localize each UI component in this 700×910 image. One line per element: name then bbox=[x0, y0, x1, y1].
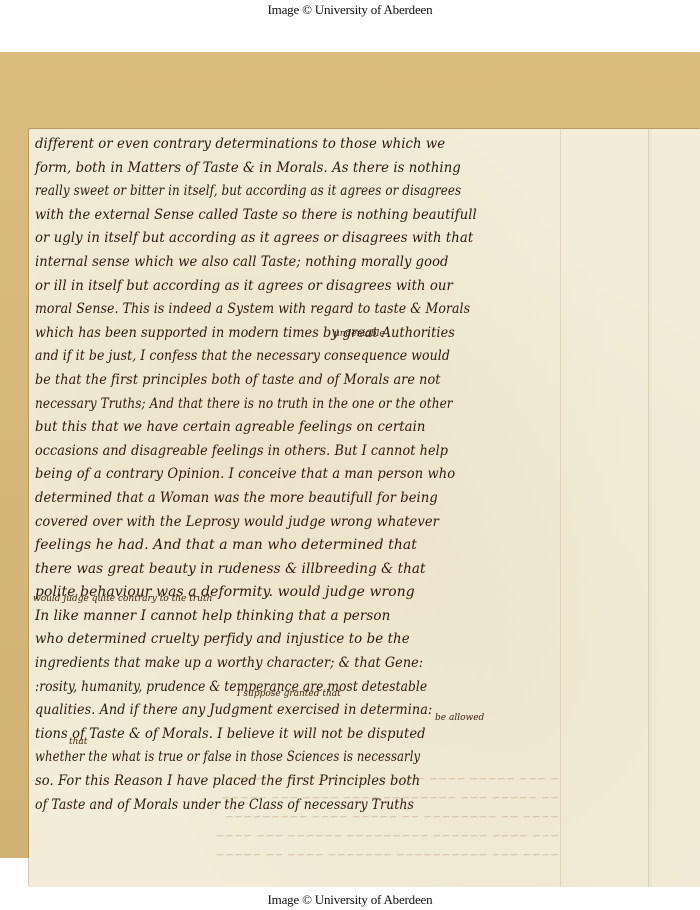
interlineation: be allowed bbox=[435, 713, 484, 723]
manuscript-line: whether the what is true or false in tho… bbox=[35, 746, 470, 770]
manuscript-line: or ugly in itself but according as it ag… bbox=[35, 227, 528, 251]
interlineation: would judge quite contrary to the truth bbox=[33, 594, 212, 604]
manuscript-line: form, both in Matters of Taste & in Mora… bbox=[35, 157, 528, 181]
interlineation: I suppose granted that bbox=[237, 689, 341, 699]
bleed-through-line: ~~ ~~~~~ ~~~ ~~~~~~~~ ~~~~ ~~~~ ~~~ ~~~~… bbox=[39, 788, 559, 807]
manuscript-line: tions of Taste & of Morals. I believe it… bbox=[35, 723, 523, 747]
paper-edge-line bbox=[648, 129, 649, 887]
manuscript-line: but this that we have certain agreable f… bbox=[35, 416, 528, 440]
manuscript-line: occasions and disagreable feelings in ot… bbox=[35, 440, 512, 464]
copyright-caption-top: Image © University of Aberdeen bbox=[0, 2, 700, 18]
manuscript-line: be that the first principles both of tas… bbox=[35, 369, 512, 393]
manuscript-text: different or even contrary determination… bbox=[35, 133, 565, 817]
manuscript-line: different or even contrary determination… bbox=[35, 133, 528, 157]
bleed-through-writing: ~ ~~~ ~~~~~ ~~~~ ~~~~ ~~ ~~~~~~ ~~~~ ~~~… bbox=[39, 769, 559, 879]
manuscript-line: In like manner I cannot help thinking th… bbox=[35, 605, 539, 629]
manuscript-line: who determined cruelty perfidy and injus… bbox=[35, 628, 533, 652]
manuscript-line: really sweet or bitter in itself, but ac… bbox=[35, 180, 480, 204]
manuscript-page: different or even contrary determination… bbox=[29, 129, 700, 887]
manuscript-line: necessary Truths; And that there is no t… bbox=[35, 393, 486, 417]
manuscript-line: covered over with the Leprosy would judg… bbox=[35, 511, 523, 535]
manuscript-line: internal sense which we also call Taste;… bbox=[35, 251, 523, 275]
bleed-through-line: ~ ~~~ ~~~~~ ~~~~ ~~~~ ~~ ~~~~~~ ~~~~ ~~~… bbox=[39, 769, 559, 788]
interlineation: undeniable bbox=[334, 329, 385, 339]
bleed-through-line: ~~~~ ~~~ ~~~~~~~~~~ ~~~~~~~ ~~~~ ~~ ~~~~… bbox=[39, 845, 559, 864]
interlineation: that bbox=[69, 737, 87, 747]
manuscript-line: moral Sense. This is indeed a System wit… bbox=[35, 298, 501, 322]
manuscript-line: being of a contrary Opinion. I conceive … bbox=[35, 463, 523, 487]
manuscript-line: there was great beauty in rudeness & ill… bbox=[35, 558, 539, 582]
manuscript-line: ingredients that make up a worthy charac… bbox=[35, 652, 512, 676]
copyright-caption-bottom: Image © University of Aberdeen bbox=[0, 892, 700, 908]
manuscript-line: feelings he had. And that a man who dete… bbox=[35, 534, 554, 558]
manuscript-line: and if it be just, I confess that the ne… bbox=[35, 345, 501, 369]
manuscript-line: or ill in itself but according as it agr… bbox=[35, 275, 528, 299]
manuscript-line: with the external Sense called Taste so … bbox=[35, 204, 523, 228]
manuscript-line: which has been supported in modern times… bbox=[35, 322, 512, 346]
manuscript-line: determined that a Woman was the more bea… bbox=[35, 487, 523, 511]
bleed-through-line: ~~~~ ~~ ~~~~~~~~ ~~ ~~~~~ ~~~~ ~~~~~~~~~ bbox=[39, 807, 559, 826]
mount-board: different or even contrary determination… bbox=[0, 52, 700, 858]
bleed-through-line: ~~~ ~~~~ ~~~~~~ ~~~~~~~~~ ~~~~~~ ~~~ ~~~… bbox=[39, 826, 559, 845]
